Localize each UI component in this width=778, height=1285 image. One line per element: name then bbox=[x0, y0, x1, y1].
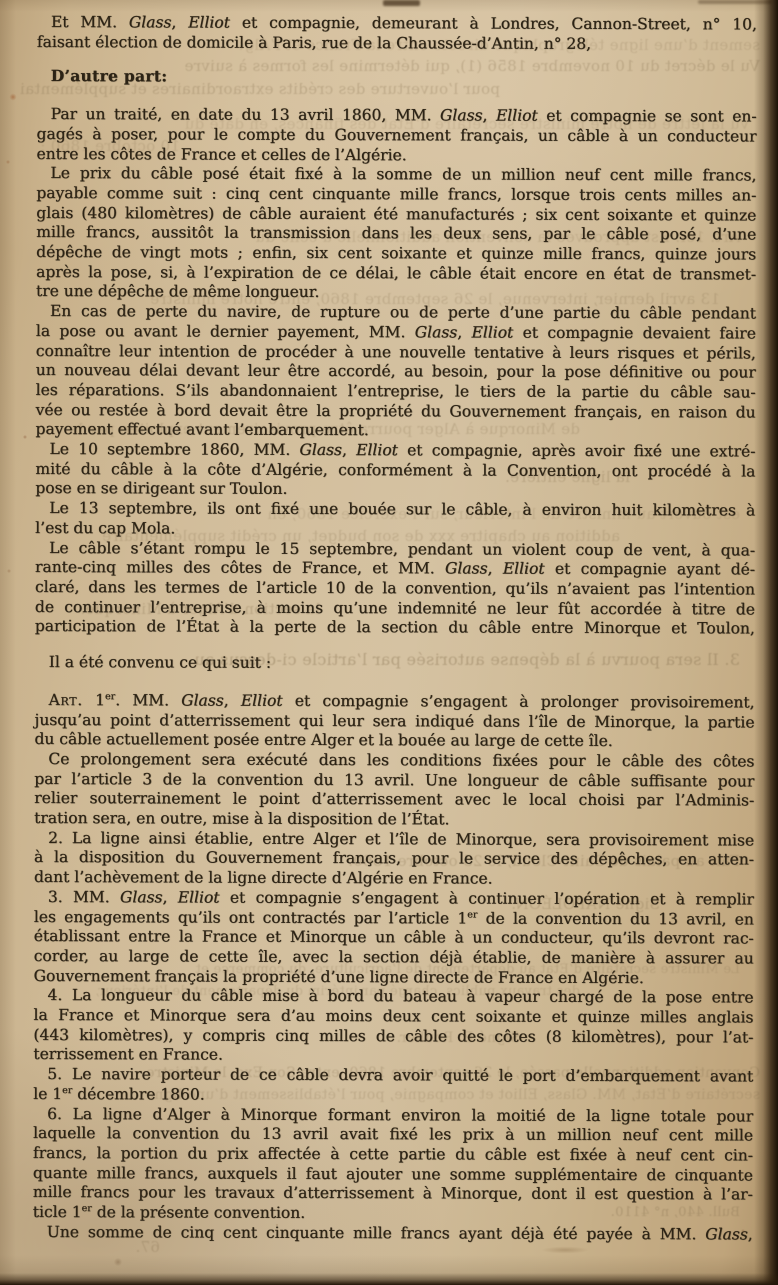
text-segment: er bbox=[82, 1203, 92, 1214]
text-segment: et compagnie se sont en- bbox=[538, 107, 757, 126]
text-line: du câble actuellement posée entre Alger … bbox=[34, 730, 754, 752]
text-line: 5. Le navire porteur de ce câble devra a… bbox=[33, 1065, 753, 1087]
text-line: Le 13 septembre, ils ont fixé une bouée … bbox=[35, 499, 755, 521]
text-segment: Glass bbox=[181, 691, 224, 709]
text-line: participation de l’État à la perte de la… bbox=[35, 617, 755, 639]
text-segment: Elliot bbox=[356, 441, 398, 459]
text-segment: connaître leur intention de procéder à u… bbox=[36, 342, 756, 363]
text-line: vée ou restée à bord devait être la prop… bbox=[36, 401, 756, 423]
text-segment: francs, la portion du prix affectée à ce… bbox=[33, 1144, 753, 1165]
text-segment: , bbox=[457, 323, 471, 341]
text-segment: faisant élection de domicile à Paris, ru… bbox=[37, 33, 591, 53]
text-segment: Par un traité, en date du 13 avril 1860,… bbox=[51, 105, 440, 124]
text-line: mité du câble à la côte d’Algérie, confo… bbox=[35, 460, 755, 482]
text-line: pose en se dirigeant sur Toulon. bbox=[35, 479, 755, 501]
text-line: Ce prolongement sera exécuté dans les co… bbox=[34, 750, 754, 772]
text-line: connaître leur intention de procéder à u… bbox=[36, 342, 756, 364]
text-segment: mille francs pour les travaux d’atterris… bbox=[33, 1183, 753, 1204]
text-segment: mille francs, aussitôt la transmission d… bbox=[36, 223, 756, 244]
text-segment: glais (480 kilomètres) de câble auraient… bbox=[36, 204, 756, 225]
text-segment: er bbox=[105, 691, 115, 702]
cropped-header-mark bbox=[698, 0, 772, 4]
text-segment: le 1 bbox=[33, 1085, 62, 1103]
text-segment: , bbox=[224, 691, 241, 709]
text-line: 3. MM. Glass, Elliot et compagnie s’enga… bbox=[34, 888, 754, 910]
text-line: francs, la portion du prix affectée à ce… bbox=[33, 1144, 753, 1166]
text-segment: Art. bbox=[49, 691, 83, 709]
text-line: payable comme suit : cinq cent cinquante… bbox=[36, 184, 756, 206]
text-segment: tration sera, en outre, mise à la dispos… bbox=[34, 809, 449, 828]
text-segment: rante-cinq milles des côtes de France, e… bbox=[35, 558, 445, 577]
text-line: Le câble s’étant rompu le 15 septembre, … bbox=[35, 539, 755, 561]
text-segment: er bbox=[62, 1085, 72, 1096]
text-segment: D’autre part: bbox=[51, 66, 168, 85]
text-line: rante-cinq milles des côtes de France, e… bbox=[35, 558, 755, 580]
text-segment: vée ou restée à bord devait être la prop… bbox=[36, 401, 756, 422]
text-segment: et compagnie, après avoir fixé une extré… bbox=[398, 441, 756, 460]
text-segment: de la convention du 13 avril, en bbox=[477, 909, 754, 928]
text-line: (443 kilomètres), y compris cinq milles … bbox=[33, 1026, 753, 1048]
text-segment: . MM. bbox=[115, 691, 181, 709]
text-line: dépêche de vingt mots ; enfin, six cent … bbox=[36, 243, 756, 265]
text-line: la France et Minorque sera d’au moins de… bbox=[33, 1006, 753, 1028]
text-segment: un nouveau délai devant leur être accord… bbox=[36, 361, 756, 382]
text-segment: 5. Le navire porteur de ce câble devra a… bbox=[47, 1065, 753, 1085]
scanned-book-page: sement d’une ligne télégraphique directe… bbox=[0, 0, 778, 1285]
text-line: claré, dans les termes de l’article 10 d… bbox=[35, 578, 755, 600]
text-segment: Il a été convenu ce qui suit : bbox=[49, 653, 271, 672]
text-segment: gagés à poser, pour le compte du Gouvern… bbox=[37, 125, 757, 146]
text-segment: décembre 1860. bbox=[72, 1085, 204, 1103]
text-segment: ticle 1 bbox=[33, 1203, 82, 1221]
text-segment: Glass bbox=[129, 13, 172, 31]
text-segment: de continuer l’entreprise, à moins qu’un… bbox=[35, 598, 755, 619]
text-segment: de la présente convention. bbox=[92, 1203, 305, 1222]
text-line: jusqu’au point d’atterrissement qui leur… bbox=[34, 710, 754, 732]
text-line: payement effectué avant l’embarquement. bbox=[36, 420, 756, 442]
text-line: Par un traité, en date du 13 avril 1860,… bbox=[37, 105, 757, 127]
text-segment: Elliot bbox=[496, 107, 538, 125]
text-segment: , bbox=[748, 1225, 753, 1243]
text-line: les réparations. S’ils abandonnaient l’e… bbox=[36, 381, 756, 403]
text-line: Et MM. Glass, Elliot et compagnie, demeu… bbox=[37, 13, 757, 35]
text-segment: er bbox=[467, 909, 477, 920]
text-segment: dépêche de vingt mots ; enfin, six cent … bbox=[36, 243, 756, 264]
text-segment: la pose ou avant le dernier payement, MM… bbox=[36, 322, 415, 341]
text-line: l’est du cap Mola. bbox=[35, 519, 755, 541]
text-segment: 4. La longueur du câble mise à bord du b… bbox=[48, 986, 754, 1006]
document-text: Et MM. Glass, Elliot et compagnie, demeu… bbox=[33, 13, 757, 1245]
text-segment: Glass bbox=[445, 560, 488, 578]
text-segment: 2. La ligne ainsi établie, entre Alger e… bbox=[48, 829, 754, 849]
text-segment: quante mille francs, auxquels il faut aj… bbox=[33, 1164, 753, 1185]
text-line: après la pose, si, à l’expiration de ce … bbox=[36, 263, 756, 285]
text-segment: Elliot bbox=[472, 323, 514, 341]
text-line: 4. La longueur du câble mise à bord du b… bbox=[34, 986, 754, 1008]
text-segment: entre les côtes de France et celles de l… bbox=[36, 145, 406, 164]
text-segment: et compagnie s’engagent à prolonger prov… bbox=[283, 692, 755, 712]
text-segment: Glass bbox=[415, 323, 458, 341]
text-segment: établissant entre la France et Minorque … bbox=[34, 927, 754, 948]
text-segment: claré, dans les termes de l’article 10 d… bbox=[35, 578, 755, 599]
text-segment: Le prix du câble posé était fixé à la so… bbox=[50, 164, 756, 184]
text-segment: 1 bbox=[83, 691, 105, 709]
text-line: En cas de perte du navire, de rupture ou… bbox=[36, 302, 756, 324]
text-segment: du câble actuellement posée entre Alger … bbox=[34, 730, 612, 750]
text-segment: les engagements qu’ils ont contractés pa… bbox=[34, 908, 467, 928]
text-segment: participation de l’État à la perte de la… bbox=[35, 617, 755, 638]
text-line: la pose ou avant le dernier payement, MM… bbox=[36, 322, 756, 344]
text-line: faisant élection de domicile à Paris, ru… bbox=[37, 33, 757, 55]
text-segment: Gouvernement français la propriété d’une… bbox=[34, 967, 644, 987]
text-segment: Le 10 septembre 1860, MM. bbox=[49, 440, 299, 459]
text-line: un nouveau délai devant leur être accord… bbox=[36, 361, 756, 383]
cropped-header-mark bbox=[383, 0, 420, 6]
text-line: Une somme de cinq cent cinquante mille f… bbox=[33, 1223, 753, 1245]
text-segment: Ce prolongement sera exécuté dans les co… bbox=[48, 750, 754, 770]
text-line: mille francs pour les travaux d’atterris… bbox=[33, 1183, 753, 1205]
text-line: Le 10 septembre 1860, MM. Glass, Elliot … bbox=[35, 440, 755, 462]
text-segment: Le 13 septembre, ils ont fixé une bouée … bbox=[49, 499, 755, 519]
text-line: par l’article 3 de la convention du 13 a… bbox=[34, 770, 754, 792]
text-segment: jusqu’au point d’atterrissement qui leur… bbox=[35, 710, 755, 731]
text-segment: l’est du cap Mola. bbox=[35, 519, 175, 537]
text-segment: les réparations. S’ils abandonnaient l’e… bbox=[36, 381, 756, 402]
text-segment: Elliot bbox=[503, 560, 545, 578]
text-segment: Glass bbox=[299, 441, 342, 459]
text-segment: à la disposition du Gouvernement françai… bbox=[34, 848, 754, 869]
text-line: établissant entre la France et Minorque … bbox=[34, 927, 754, 949]
text-segment: Glass bbox=[440, 107, 483, 125]
text-line: à la disposition du Gouvernement françai… bbox=[34, 848, 754, 870]
text-line: laquelle la convention du 13 avril avait… bbox=[33, 1124, 753, 1146]
text-line: D’autre part: bbox=[37, 66, 757, 89]
text-segment: terrissement en France. bbox=[33, 1045, 223, 1064]
text-line: Le prix du câble posé était fixé à la so… bbox=[36, 164, 756, 186]
text-segment: Elliot bbox=[188, 14, 230, 32]
text-segment: , bbox=[488, 560, 503, 578]
text-segment: , bbox=[342, 441, 356, 459]
text-line: glais (480 kilomètres) de câble auraient… bbox=[36, 204, 756, 226]
text-segment: payement effectué avant l’embarquement. bbox=[36, 420, 369, 439]
text-segment: , bbox=[163, 888, 178, 906]
text-line: corder, au large de cette île, avec la s… bbox=[34, 947, 754, 969]
text-segment: En cas de perte du navire, de rupture ou… bbox=[50, 302, 756, 322]
text-line: dant l’achèvement de la ligne directe d’… bbox=[34, 868, 754, 890]
text-segment: laquelle la convention du 13 avril avait… bbox=[33, 1124, 753, 1145]
text-segment: après la pose, si, à l’expiration de ce … bbox=[36, 263, 756, 284]
page-edge-shadow-bottom bbox=[0, 1273, 778, 1285]
text-segment: la France et Minorque sera d’au moins de… bbox=[33, 1006, 753, 1027]
text-line: Art. 1er. MM. Glass, Elliot et compagnie… bbox=[35, 691, 755, 713]
text-segment: et compagnie s’engagent à continuer l’op… bbox=[220, 888, 754, 908]
text-segment: tre une dépêche de même longueur. bbox=[36, 282, 319, 301]
text-line: le 1er décembre 1860. bbox=[33, 1085, 753, 1107]
text-line: ticle 1er de la présente convention. bbox=[33, 1203, 753, 1225]
text-segment: mité du câble à la côte d’Algérie, confo… bbox=[35, 460, 755, 481]
text-line: Il a été convenu ce qui suit : bbox=[35, 653, 755, 675]
text-segment: , bbox=[483, 107, 497, 125]
text-segment: et compagnie ayant dé- bbox=[545, 560, 756, 579]
text-segment: Elliot bbox=[178, 888, 220, 906]
text-line: gagés à poser, pour le compte du Gouvern… bbox=[37, 125, 757, 147]
text-line: tre une dépêche de même longueur. bbox=[36, 282, 756, 304]
text-segment: par l’article 3 de la convention du 13 a… bbox=[34, 770, 754, 791]
text-segment: Et MM. bbox=[51, 13, 129, 31]
text-segment: corder, au large de cette île, avec la s… bbox=[34, 947, 754, 968]
text-segment: relier souterrainement le point d’atterr… bbox=[34, 789, 754, 810]
text-segment: pose en se dirigeant sur Toulon. bbox=[35, 479, 287, 498]
text-segment: 6. La ligne d’Alger à Minorque formant e… bbox=[47, 1105, 753, 1125]
text-segment: , bbox=[171, 13, 188, 31]
page-edge-shadow-right bbox=[754, 0, 778, 1285]
text-line: terrissement en France. bbox=[33, 1045, 753, 1067]
text-segment: Glass bbox=[120, 888, 163, 906]
text-segment: Elliot bbox=[241, 692, 283, 710]
text-segment: (443 kilomètres), y compris cinq milles … bbox=[33, 1026, 753, 1047]
text-segment: 3. MM. bbox=[48, 888, 120, 906]
text-segment: payable comme suit : cinq cent cinquante… bbox=[36, 184, 756, 205]
text-segment: dant l’achèvement de la ligne directe d’… bbox=[34, 868, 493, 888]
text-segment: Glass bbox=[705, 1225, 748, 1243]
text-line: relier souterrainement le point d’atterr… bbox=[34, 789, 754, 811]
text-segment: et compagnie, demeurant à Londres, Canno… bbox=[230, 14, 757, 34]
text-segment: Le câble s’étant rompu le 15 septembre, … bbox=[49, 539, 755, 559]
text-segment: et compagnie devaient faire bbox=[513, 324, 756, 343]
text-line: tration sera, en outre, mise à la dispos… bbox=[34, 809, 754, 831]
text-segment: Une somme de cinq cent cinquante mille f… bbox=[47, 1223, 706, 1243]
text-line: mille francs, aussitôt la transmission d… bbox=[36, 223, 756, 245]
